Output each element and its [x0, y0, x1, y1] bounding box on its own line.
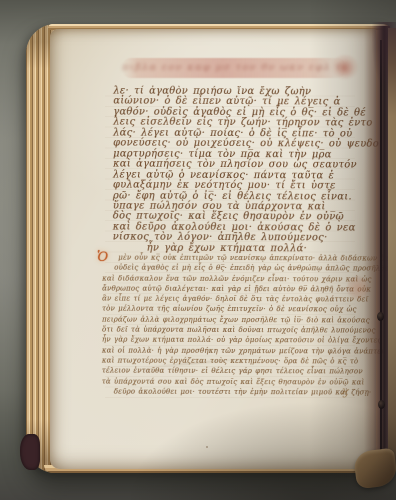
commentary-line: δεῦρο ἀκολούθει μοι· τουτέστι τὴν ἐμὴν π…	[102, 386, 356, 397]
main-text-block: λε· τί ἀγαθὸν ποιήσω ἵνα ἔχω ζωὴν αἰώνιο…	[113, 86, 348, 254]
cover-edge-bottom-left	[20, 434, 40, 470]
marginal-ornament: ϗ	[335, 380, 355, 402]
commentary-line: τὸν μέλλοντα τῆς αἰωνίου ζωῆς ἐπιτυχεῖν·…	[102, 304, 356, 315]
commentary-line: καὶ διδάσκαλον ἕνα τῶν πολλῶν ἐνόμιζεν ε…	[102, 273, 356, 284]
cord-knot	[377, 312, 384, 321]
ink-stain-top-right	[331, 55, 359, 79]
binding-cord	[380, 40, 382, 460]
foxing-speck	[258, 300, 260, 302]
faded-rubric-text: πιβλα εον καφ μσ τον θν ωκν εφλ τον αθν …	[122, 59, 346, 77]
commentary-line: τὰ ὑπάρχοντά σου καὶ δὸς πτωχοῖς καὶ ἕξε…	[102, 376, 356, 387]
faded-rubric: πιβλα εον καφ μσ τον θν ωκν εφλ τον αθν …	[122, 58, 346, 78]
commentary-line: οὐδεὶς ἀγαθὸς εἰ μὴ εἷς ὁ θς̅· ἐπειδὴ γὰ…	[102, 263, 356, 274]
foxing-speck	[206, 446, 208, 448]
gutter-binding	[364, 26, 390, 473]
commentary-line: ἦν γὰρ ἔχων κτήματα πολλά· οὐ γὰρ ὁμοίως…	[102, 335, 356, 346]
next-page-edge	[388, 28, 396, 470]
photo-background: πιβλα εον καφ μσ τον θν ωκν εφλ τον αθν …	[0, 0, 396, 500]
commentary-block: μὲν οὖν κς̅ οὐκ ἐπιτιμῶν τῷ νεανίσκῳ ἀπε…	[102, 253, 357, 398]
cord-knot	[378, 400, 385, 409]
